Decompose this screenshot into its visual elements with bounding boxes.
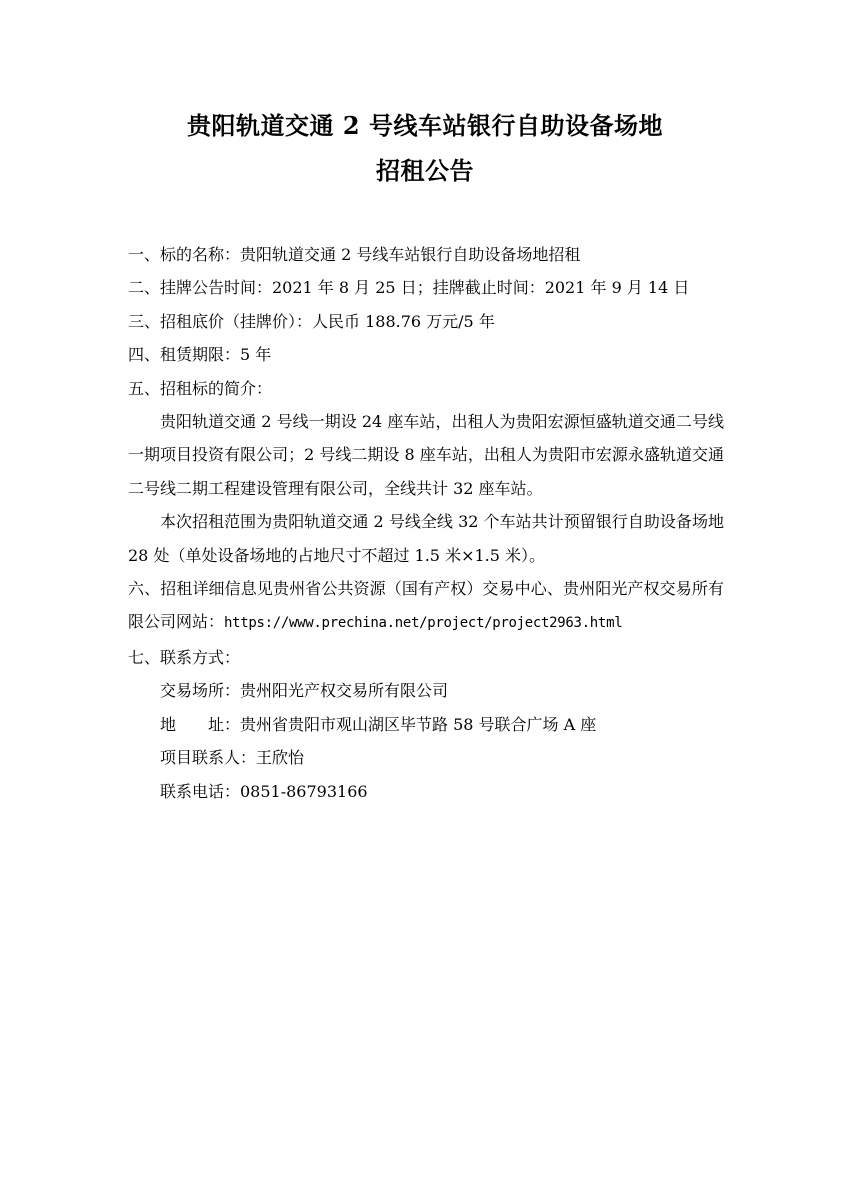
para-contact-phone: 联系电话：0851-86793166 bbox=[160, 775, 724, 808]
para-contact-person: 项目联系人：王欣怡 bbox=[160, 741, 724, 774]
project-url: https://www.prechina.net/project/project… bbox=[224, 615, 622, 631]
para-intro-detail-1: 贵阳轨道交通 2 号线一期设 24 座车站，出租人为贵阳宏源恒盛轨道交通二号线一… bbox=[128, 405, 724, 505]
para-intro-heading: 五、招租标的简介： bbox=[128, 372, 724, 405]
document-page: 贵阳轨道交通 2 号线车站银行自助设备场地 招租公告 一、标的名称：贵阳轨道交通… bbox=[0, 0, 850, 1202]
document-title-line2: 招租公告 bbox=[0, 148, 850, 193]
para-intro-detail-2: 本次招租范围为贵阳轨道交通 2 号线全线 32 个车站共计预留银行自助设备场地 … bbox=[128, 505, 724, 572]
para-contact-heading: 七、联系方式： bbox=[128, 641, 724, 674]
document-title-line1: 贵阳轨道交通 2 号线车站银行自助设备场地 bbox=[0, 103, 850, 148]
para-trade-venue: 交易场所：贵州阳光产权交易所有限公司 bbox=[160, 674, 724, 707]
para-base-price: 三、招租底价（挂牌价）：人民币 188.76 万元/5 年 bbox=[128, 305, 724, 338]
document-body: 一、标的名称：贵阳轨道交通 2 号线车站银行自助设备场地招租 二、挂牌公告时间：… bbox=[128, 238, 724, 808]
para-listing-dates: 二、挂牌公告时间：2021 年 8 月 25 日；挂牌截止时间：2021 年 9… bbox=[128, 271, 724, 304]
para-address: 地 址：贵州省贵阳市观山湖区毕节路 58 号联合广场 A 座 bbox=[160, 708, 724, 741]
para-lease-term: 四、租赁期限：5 年 bbox=[128, 338, 724, 371]
para-subject-name: 一、标的名称：贵阳轨道交通 2 号线车站银行自助设备场地招租 bbox=[128, 238, 724, 271]
para-info-source: 六、招租详细信息见贵州省公共资源（国有产权）交易中心、贵州阳光产权交易所有限公司… bbox=[128, 572, 724, 641]
document-title: 贵阳轨道交通 2 号线车站银行自助设备场地 招租公告 bbox=[0, 103, 850, 193]
